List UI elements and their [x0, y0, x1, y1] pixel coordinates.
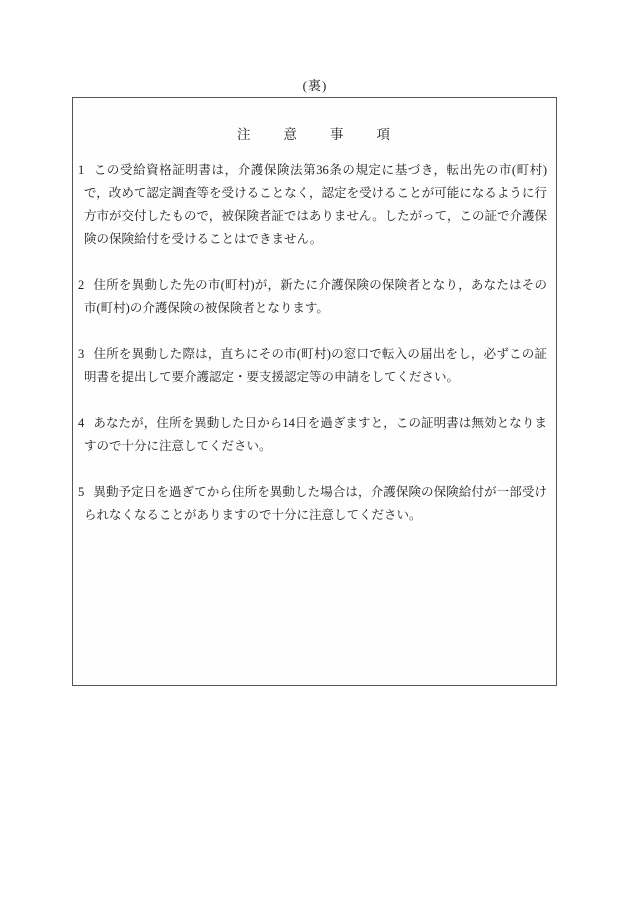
item-text: あなたが，住所を異動した日から14日を過ぎますと，この証明書は無効となりますので…: [84, 416, 547, 453]
notice-item-5: 5異動予定日を過ぎてから住所を異動した場合は，介護保険の保険給付が一部受けられな…: [78, 481, 547, 527]
item-number: 3: [78, 347, 84, 361]
item-number: 1: [78, 163, 84, 177]
notice-item-3: 3住所を異動した際は，直ちにその市(町村)の窓口で転入の届出をし，必ずこの証明書…: [78, 343, 547, 389]
item-text: 異動予定日を過ぎてから住所を異動した場合は，介護保険の保険給付が一部受けられなく…: [84, 485, 547, 522]
item-number: 4: [78, 416, 84, 430]
item-number: 5: [78, 485, 84, 499]
notice-box: 注 意 事 項 1この受給資格証明書は，介護保険法第36条の規定に基づき，転出先…: [72, 97, 557, 686]
notice-item-list: 1この受給資格証明書は，介護保険法第36条の規定に基づき，転出先の市(町村)で，…: [73, 159, 556, 527]
notice-item-1: 1この受給資格証明書は，介護保険法第36条の規定に基づき，転出先の市(町村)で，…: [78, 159, 547, 251]
item-text: この受給資格証明書は，介護保険法第36条の規定に基づき，転出先の市(町村)で，改…: [84, 163, 547, 246]
notice-item-4: 4あなたが，住所を異動した日から14日を過ぎますと，この証明書は無効となりますの…: [78, 412, 547, 458]
item-text: 住所を異動した先の市(町村)が，新たに介護保険の保険者となり，あなたはその市(町…: [84, 278, 547, 315]
page-side-label: (裏): [0, 78, 630, 93]
item-number: 2: [78, 278, 84, 292]
notice-title: 注 意 事 項: [73, 126, 556, 144]
item-text: 住所を異動した際は，直ちにその市(町村)の窓口で転入の届出をし，必ずこの証明書を…: [84, 347, 547, 384]
document-page: (裏) 注 意 事 項 1この受給資格証明書は，介護保険法第36条の規定に基づき…: [0, 0, 630, 915]
notice-item-2: 2住所を異動した先の市(町村)が，新たに介護保険の保険者となり，あなたはその市(…: [78, 274, 547, 320]
